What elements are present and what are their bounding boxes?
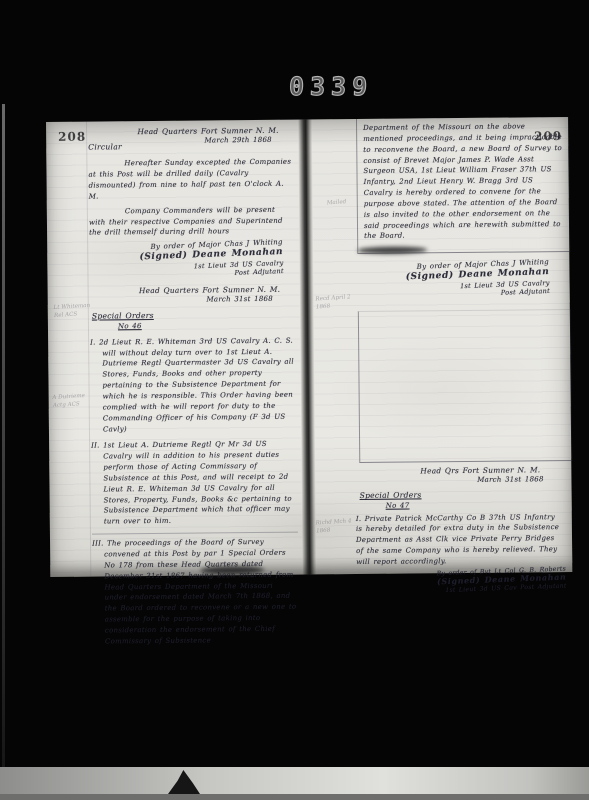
signature-block: By order of Bvt Lt Col G. B. Roberts (Si… (316, 565, 567, 599)
special-orders-number: No 47 (386, 499, 568, 511)
entry-date-line: March 29th 1868 (122, 136, 294, 147)
circular-entry: Head Quarters Fort Sumner N. M. March 29… (88, 126, 295, 281)
film-frame-number: 0339 (288, 72, 373, 101)
margin-pencil-note: Recd April 2 1868 (315, 294, 356, 312)
circular-paragraph-2: Company Commanders will be present with … (89, 204, 295, 239)
page-left: 208 Head Quarters Fort Sumner N. M. Marc… (46, 120, 302, 577)
continuation-box: Department of the Missouri on the above … (356, 117, 570, 254)
signature-block: By order of Major Chas J Whiting (Signed… (89, 238, 284, 283)
entry-date-line: March 31st 1868 (124, 295, 296, 306)
special-orders-number: No 46 (118, 319, 296, 331)
special-orders-title-block: Special Orders No 46 (92, 308, 296, 331)
page-right: 209 Department of the Missouri on the ab… (312, 117, 572, 574)
entry-date-line: March 31st 1868 (393, 475, 567, 486)
order-body: I. Private Patrick McCarthy Co B 37th US… (356, 512, 565, 568)
strip-blemish (168, 770, 200, 794)
entry-heading: Head Quarters Fort Sumner N. M. March 29… (88, 126, 294, 147)
film-edge-line (2, 104, 5, 768)
signature-block: By order of Major Chas J Whiting (Signed… (389, 258, 550, 302)
circular-paragraph-1: Hereafter Sunday excepted the Companies … (88, 157, 294, 202)
page-number-left: 208 (58, 130, 86, 144)
special-orders-title-block: Special Orders No 47 (360, 488, 568, 511)
circular-label: Circular (88, 142, 122, 153)
special-orders-46-entry: Head Quarters Fort Sumner N. M. March 31… (90, 285, 299, 647)
order-item-1: I. 2d Lieut R. E. Whiteman 3rd US Cavalr… (90, 335, 297, 435)
order-item-3: III. The proceedings of the Board of Sur… (92, 532, 299, 647)
bottom-gray-band (0, 794, 589, 800)
entry-heading: Head Qrs Fort Sumner N. M. March 31st 18… (315, 465, 567, 487)
entry-heading: Head Quarters Fort Sumner N. M. March 31… (90, 285, 296, 306)
order-item-2: II. 1st Lieut A. Dutrieme Regtl Qr Mr 3d… (91, 439, 298, 528)
page-left-content: Head Quarters Fort Sumner N. M. March 29… (88, 126, 299, 652)
blank-ruled-box (358, 309, 572, 463)
continuation-paragraph: Department of the Missouri on the above … (363, 121, 565, 242)
margin-pencil-note: Lt Whiteman Rel ACS (53, 303, 94, 321)
book-spread: 208 Head Quarters Fort Sumner N. M. Marc… (46, 117, 572, 577)
margin-pencil-note: A Dutrieme Actg ACS (52, 393, 93, 411)
margin-pencil-note: Richd Mch 4 1868 (315, 518, 356, 536)
scanner-bed-strip (0, 767, 589, 794)
photo-background: 0339 208 Head Quarters Fort Sumner N. M.… (0, 0, 589, 800)
